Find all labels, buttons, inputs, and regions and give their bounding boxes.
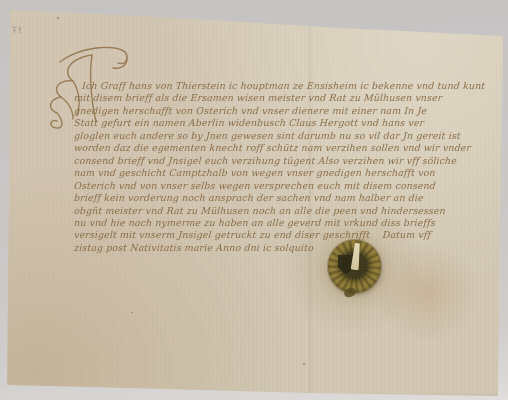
manuscript-text-block: Ich Graff hans von Thierstein ic houptma… xyxy=(74,81,474,255)
ink-speck xyxy=(57,17,59,19)
manuscript-line: obgñt meister vnd Rat zu Mülhusen noch a… xyxy=(74,206,475,218)
parchment-document: Ŧŧ Ich Graff hans von Thierstein ic houp… xyxy=(0,0,508,400)
manuscript-line: consend brieff vnd Jnsigel euch verzihun… xyxy=(74,156,475,168)
wax-seal-icon xyxy=(328,240,381,293)
manuscript-line: Statt gefurt ein namen Aberlin widenbusc… xyxy=(74,118,475,130)
manuscript-line: mit disem brieff als die Ersamen wisen m… xyxy=(74,93,475,105)
manuscript-line: nu vnd hie nach nymerme zu haben an alle… xyxy=(74,218,475,230)
pencil-archive-mark: Ŧŧ xyxy=(12,26,24,37)
manuscript-line: nam vnd geschicht Camptzhalb von wegen v… xyxy=(74,168,475,180)
manuscript-line: brieff kein vorderung noch ansprach der … xyxy=(74,193,475,205)
manuscript-line: Ich Graff hans von Thierstein ic houptma… xyxy=(74,81,475,93)
ink-speck xyxy=(303,363,305,365)
manuscript-line: gloglen euch andere so by Jnen gewesen s… xyxy=(74,131,475,143)
manuscript-line: worden daz die egementen knecht roff sch… xyxy=(74,143,475,155)
manuscript-line: gnedigen herschafft von Osterich vnd vns… xyxy=(74,106,475,118)
photograph-background: Ŧŧ Ich Graff hans von Thierstein ic houp… xyxy=(0,0,508,400)
manuscript-line: versigelt mit vnserm Jnsigel getruckt zu… xyxy=(74,230,475,242)
manuscript-line: Osterich vnd von vnser selbs wegen versp… xyxy=(74,181,475,193)
manuscript-line: zistag post Nativitatis marie Anno dni i… xyxy=(74,243,475,255)
ink-speck xyxy=(131,312,133,313)
